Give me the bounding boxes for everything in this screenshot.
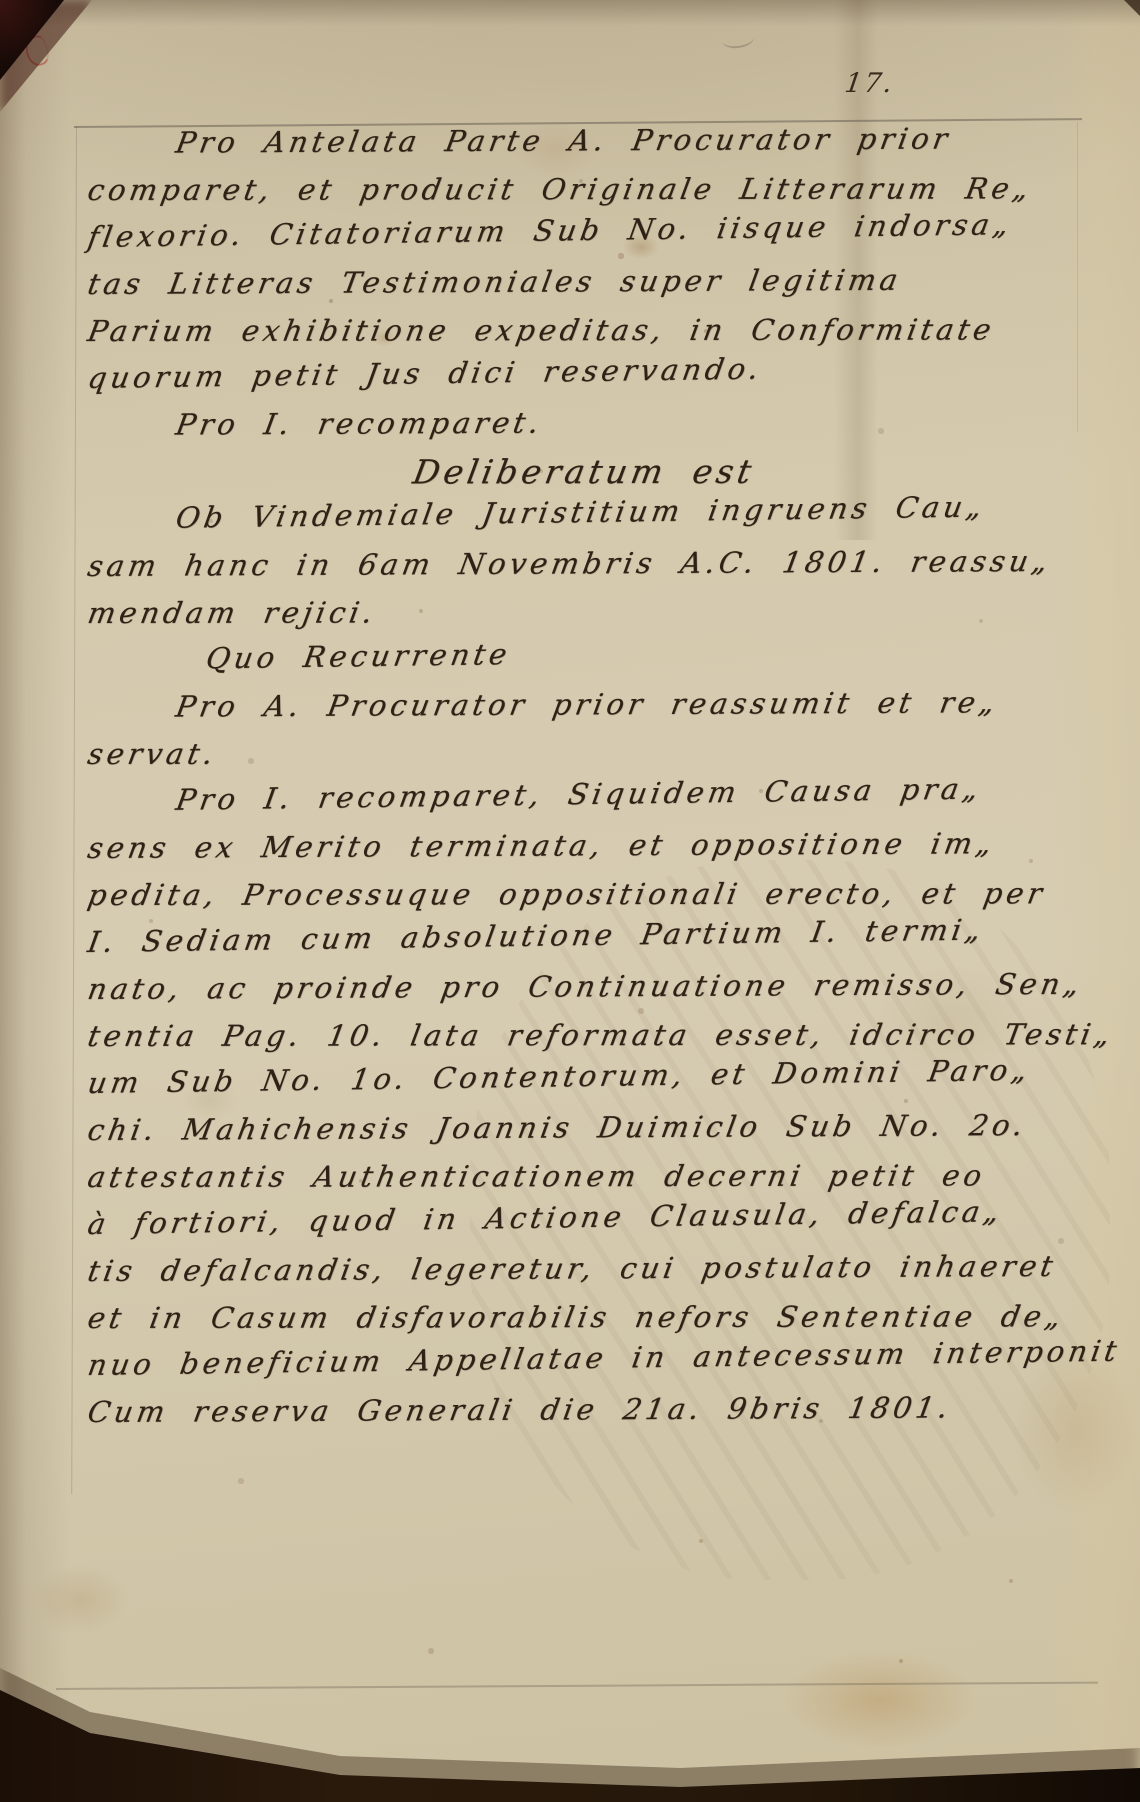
manuscript-line: nato, ac proinde pro Continuatione remis… xyxy=(84,961,1085,1013)
ruled-border-left xyxy=(71,126,77,1494)
manuscript-line: Pro A. Procurator prior reassumit et re„ xyxy=(84,679,1085,731)
manuscript-line: sens ex Merito terminata, et oppositione… xyxy=(84,820,1085,872)
manuscript-line: chi. Mahichensis Joannis Duimiclo Sub No… xyxy=(84,1102,1085,1154)
page-number: 17. xyxy=(843,68,896,99)
manuscript-line: tas Litteras Testimoniales super legitim… xyxy=(84,256,1085,308)
pencil-mark xyxy=(721,28,755,50)
photo-top-shadow xyxy=(0,0,1140,26)
manuscript-photo: 17. Pro Antelata Parte A. Procurator pri… xyxy=(0,0,1140,1802)
manuscript-page: 17. Pro Antelata Parte A. Procurator pri… xyxy=(0,0,1140,1802)
ruled-border-bottom xyxy=(56,1682,1098,1690)
manuscript-line: tis defalcandis, legeretur, cui postulat… xyxy=(84,1243,1085,1295)
manuscript-line: Pro Antelata Parte A. Procurator prior xyxy=(84,115,1085,167)
manuscript-line: Pro I. recomparet. xyxy=(84,397,1085,449)
manuscript-line: Cum reserva Generali die 21a. 9bris 1801… xyxy=(84,1384,1085,1436)
manuscript-line: sam hanc in 6am Novembris A.C. 1801. rea… xyxy=(84,538,1085,590)
manuscript-text: Pro Antelata Parte A. Procurator prior c… xyxy=(88,120,1080,1436)
